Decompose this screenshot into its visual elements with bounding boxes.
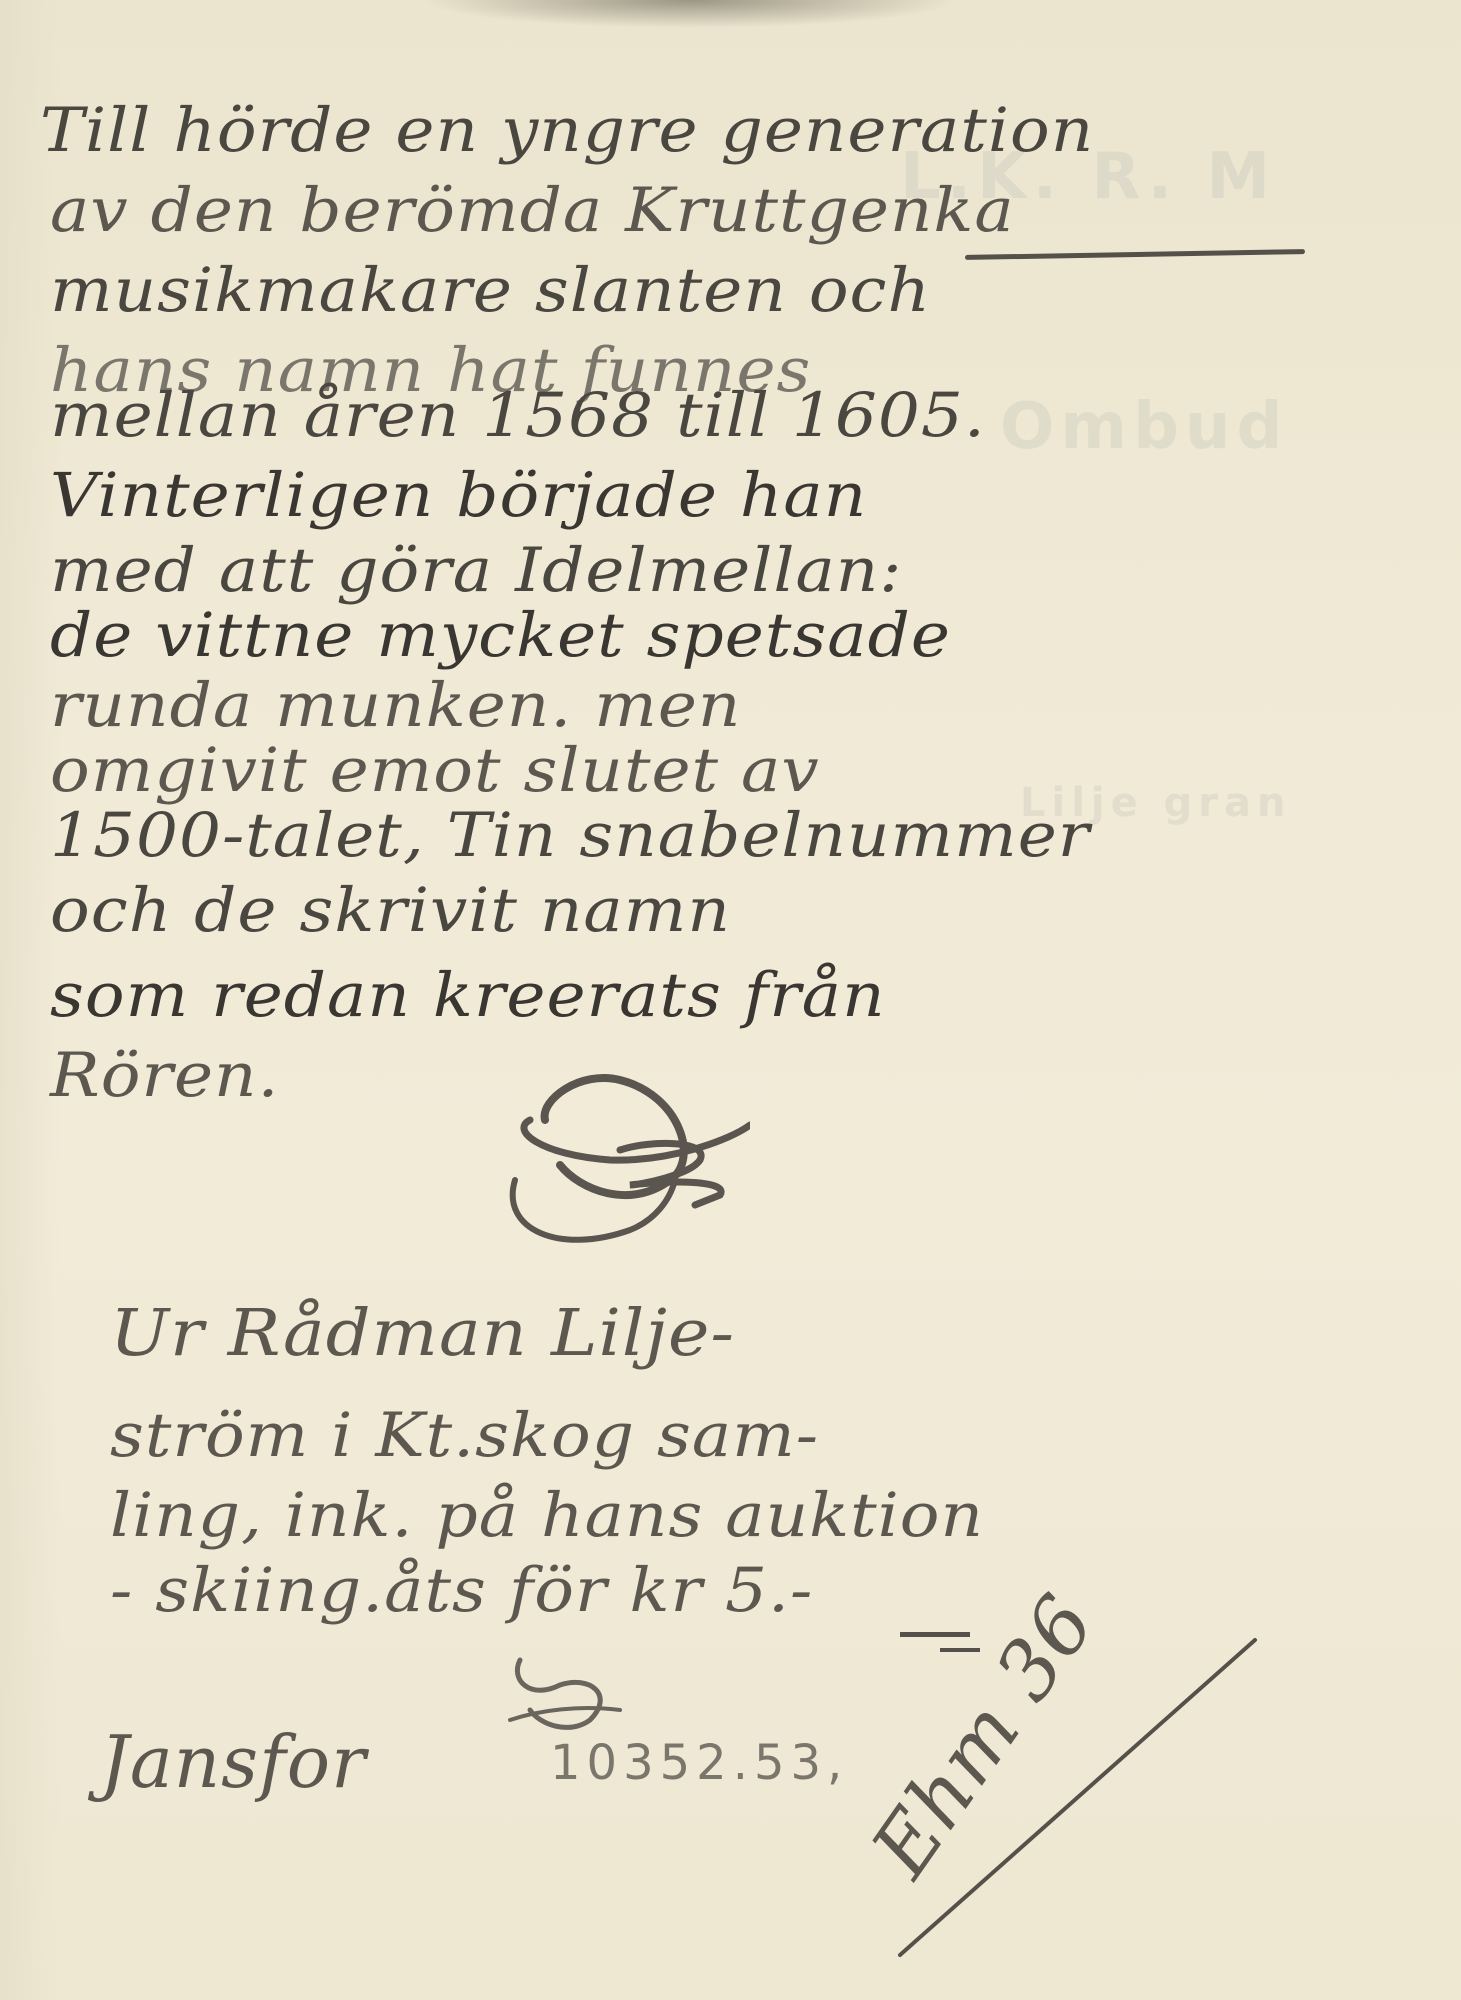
body-line: av den berömda Kruttgenka [50,175,1015,246]
note-line: Ur Rådman Lilje- [110,1295,735,1370]
body-line: med att göra Idelmellan: [50,535,903,606]
body-line: de vittne mycket spetsade [50,600,951,671]
monogram-flourish-icon [470,1070,750,1270]
small-monogram-icon [500,1650,630,1740]
body-line: musikmakare slanten och [50,255,931,326]
body-line: som redan kreerats från [50,960,886,1031]
note-line: ström i Kt.skog sam- [110,1400,819,1471]
body-line: omgivit emot slutet av [50,735,820,806]
body-line: Vinterligen började han [50,460,867,531]
body-line: Till hörde en yngre generation [40,95,1094,166]
body-line: mellan åren 1568 till 1605. [50,380,986,451]
body-line: Rören. [50,1040,280,1111]
catalog-label: Jansfor [100,1720,367,1804]
show-through-text: Ombud [1000,390,1288,464]
body-line: 1500-talet, Tin snabelnummer [50,800,1090,871]
catalog-number: 10352.53, [550,1735,848,1791]
note-line: - skiing.åts för kr 5.- [110,1555,813,1626]
body-line: runda munken. men [50,670,741,741]
note-line: ling, ink. på hans auktion [110,1480,984,1551]
body-line: och de skrivit namn [50,875,731,946]
